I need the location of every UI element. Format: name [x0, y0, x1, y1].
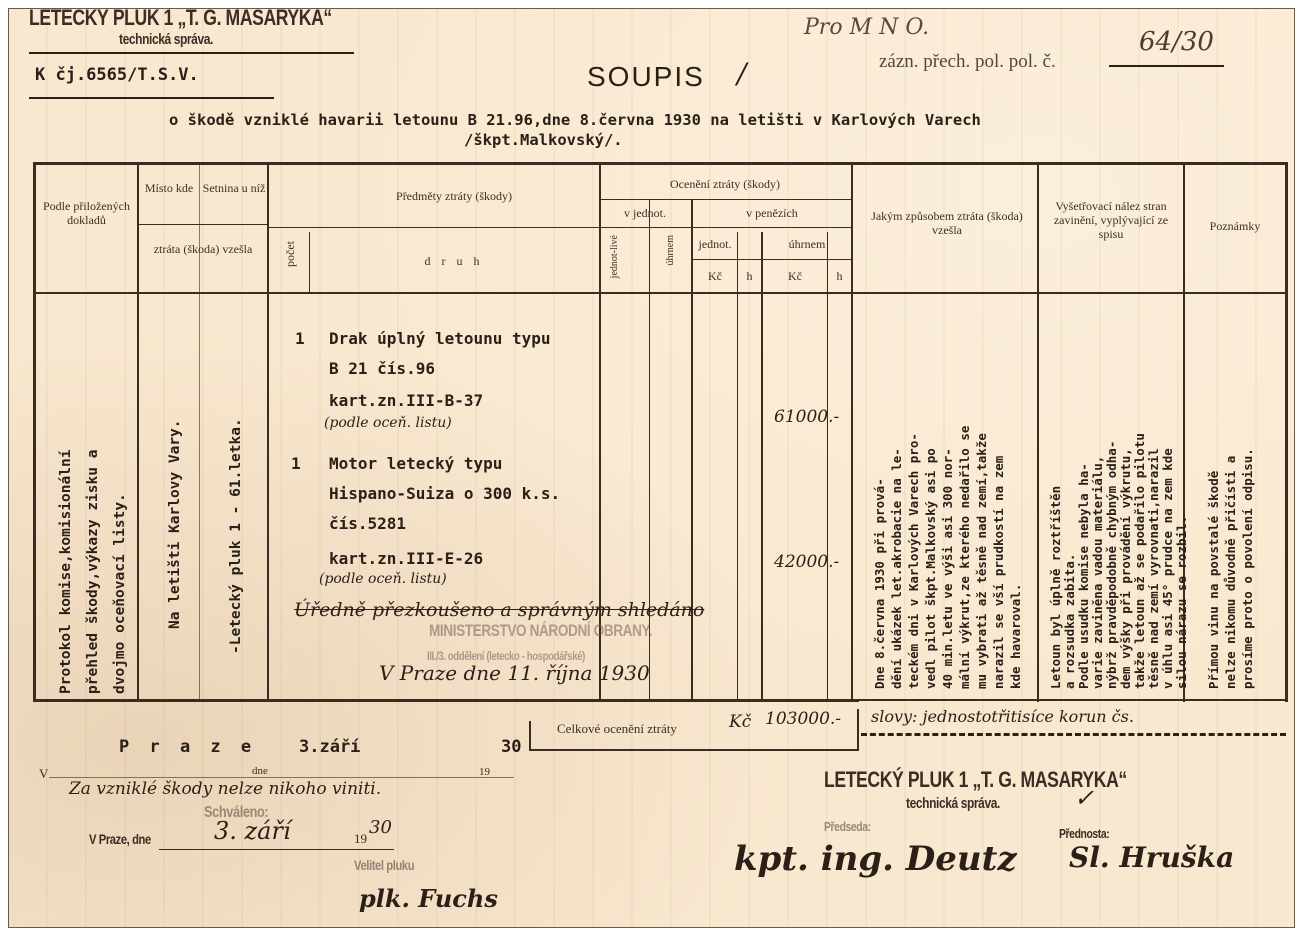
- col-jednotlive: jednot-livé: [609, 235, 620, 278]
- divider: [29, 97, 274, 99]
- praze-year: 30: [369, 817, 392, 838]
- certification-place-date: V Praze dne 11. října 1930: [379, 661, 650, 685]
- praze-year-prefix: 19: [354, 831, 367, 847]
- item-1-count: 1: [295, 329, 305, 348]
- unit-stamp-top: LETECKÝ PLUK 1 „T. G. MASARYKA“: [29, 8, 332, 31]
- handwritten-approval: Za vzniklé škody nelze nikoho viniti.: [69, 779, 381, 799]
- unit-stamp-bottom-subtitle: technická správa.: [906, 795, 1000, 812]
- prednosta-signature: Sl. Hruška: [1069, 841, 1234, 874]
- item-2-line-1: Motor letecký typu: [329, 454, 502, 473]
- praze-date: 3. září: [214, 817, 291, 845]
- col-oceneni: Ocenění ztráty (škody): [599, 177, 851, 191]
- title-slash: /: [737, 57, 746, 90]
- col-kc: Kč: [693, 269, 737, 283]
- item-1-line-2: B 21 čís.96: [329, 359, 435, 378]
- cell-misto: Na letišti Karlovy Vary.: [167, 329, 183, 629]
- col-podle: Podle přiložených dokladů: [39, 199, 134, 227]
- checkmark-icon: ✓: [1074, 784, 1094, 812]
- col-v-penezich: v penězích: [693, 206, 851, 220]
- cell-poznamky: Přímou vinu na povstalé škodě nelze niko…: [1205, 299, 1256, 689]
- col-misto-kde: Místo kde: [139, 181, 199, 195]
- velitel-label: Velitel pluku: [354, 857, 414, 873]
- item-2-amount: 42000.-: [774, 552, 839, 572]
- total-in-words: slovy: jednostotřitisíce korun čs.: [871, 707, 1134, 726]
- registry-label: zázn. přech. pol. pol. č.: [879, 51, 1056, 73]
- typed-date: 3.září: [299, 737, 360, 757]
- praze-label: V Praze, dne: [89, 831, 151, 847]
- divider: [29, 52, 354, 54]
- col-ztrata-vzesla: ztráta (škoda) vzešla: [139, 242, 267, 256]
- place-prefix: V: [39, 766, 48, 782]
- document-subtitle-2: /škpt.Malkovský/.: [464, 131, 623, 149]
- cell-doklady: Protokol komise,komisionální přehled ško…: [53, 309, 134, 694]
- total-label: Celkové ocenění ztráty: [557, 721, 677, 737]
- col-h: h: [738, 269, 761, 283]
- certification-handwriting: Úředně přezkoušeno a správným shledáno: [294, 599, 704, 621]
- velitel-signature: plk. Fuchs: [359, 884, 498, 913]
- typed-year: 30: [501, 737, 521, 757]
- document-page: LETECKÝ PLUK 1 „T. G. MASARYKA“ technick…: [8, 8, 1295, 928]
- registry-number: 64/30: [1139, 27, 1214, 57]
- total-value: 103000.-: [765, 709, 841, 729]
- item-2-count: 1: [291, 454, 301, 473]
- document-title: SOUPIS: [587, 61, 705, 93]
- dashed-rule: [861, 733, 1286, 736]
- prednosta-label: Přednosta:: [1059, 826, 1109, 841]
- col-h-2: h: [828, 269, 851, 283]
- cell-setnina: -Letecký pluk 1 - 61.letka.: [228, 309, 244, 654]
- col-vysetrovaci-nalez: Vyšetřovací nález stran zavinění, vyplýv…: [1041, 199, 1181, 241]
- col-jakym-zpusobem: Jakým způsobem ztráta (škoda) vzešla: [867, 209, 1027, 237]
- item-2-line-3: čís.5281: [329, 514, 406, 533]
- item-1-line-1: Drak úplný letounu typu: [329, 329, 551, 348]
- typed-place: P r a z e: [119, 737, 256, 757]
- predseda-label: Předseda:: [824, 819, 871, 834]
- col-kc-2: Kč: [763, 269, 827, 283]
- item-2-note: (podle oceň. listu): [319, 571, 447, 587]
- document-subtitle: o škodě vzniklé havarii letounu B 21.96,…: [169, 111, 981, 129]
- col-poznamky: Poznámky: [1185, 219, 1285, 233]
- col-jednot-money: jednot.: [693, 237, 737, 251]
- ministry-stamp: MINISTERSTVO NÁRODNÍ OBRANY.: [429, 621, 652, 641]
- item-1-amount: 61000.-: [774, 407, 839, 427]
- col-v-jednot: v jednot.: [599, 206, 691, 220]
- col-druh: d r u h: [309, 254, 599, 268]
- col-pocet: počet: [283, 241, 297, 267]
- col-predmety: Předměty ztráty (škody): [309, 189, 599, 203]
- predseda-signature: kpt. ing. Deutz: [734, 839, 1017, 879]
- item-2-line-4: kart.zn.III-E-26: [329, 549, 483, 568]
- item-1-line-3: kart.zn.III-B-37: [329, 391, 483, 410]
- col-uhrnem-units: úhrnem: [664, 235, 678, 266]
- handwritten-recipient: Pro M N O.: [804, 15, 929, 40]
- col-setnina: Setnina u níž: [201, 181, 267, 195]
- col-uhrnem-money: úhrnem: [763, 237, 851, 251]
- dne-label: dne: [252, 765, 268, 777]
- item-1-note: (podle oceň. listu): [324, 415, 452, 431]
- item-2-line-2: Hispano-Suiza o 300 k.s.: [329, 484, 560, 503]
- divider: [1109, 65, 1224, 67]
- total-currency: Kč: [729, 712, 751, 732]
- cell-zpusob: Dne 8.června 1930 při prová- dění ukázek…: [871, 299, 1024, 689]
- cell-nalez: Letoun byl úplně roztříštěn a rozsudka z…: [1049, 299, 1189, 689]
- reference-number: K čj.6565/T.S.V.: [35, 65, 199, 85]
- unit-stamp-subtitle: technická správa.: [119, 31, 213, 48]
